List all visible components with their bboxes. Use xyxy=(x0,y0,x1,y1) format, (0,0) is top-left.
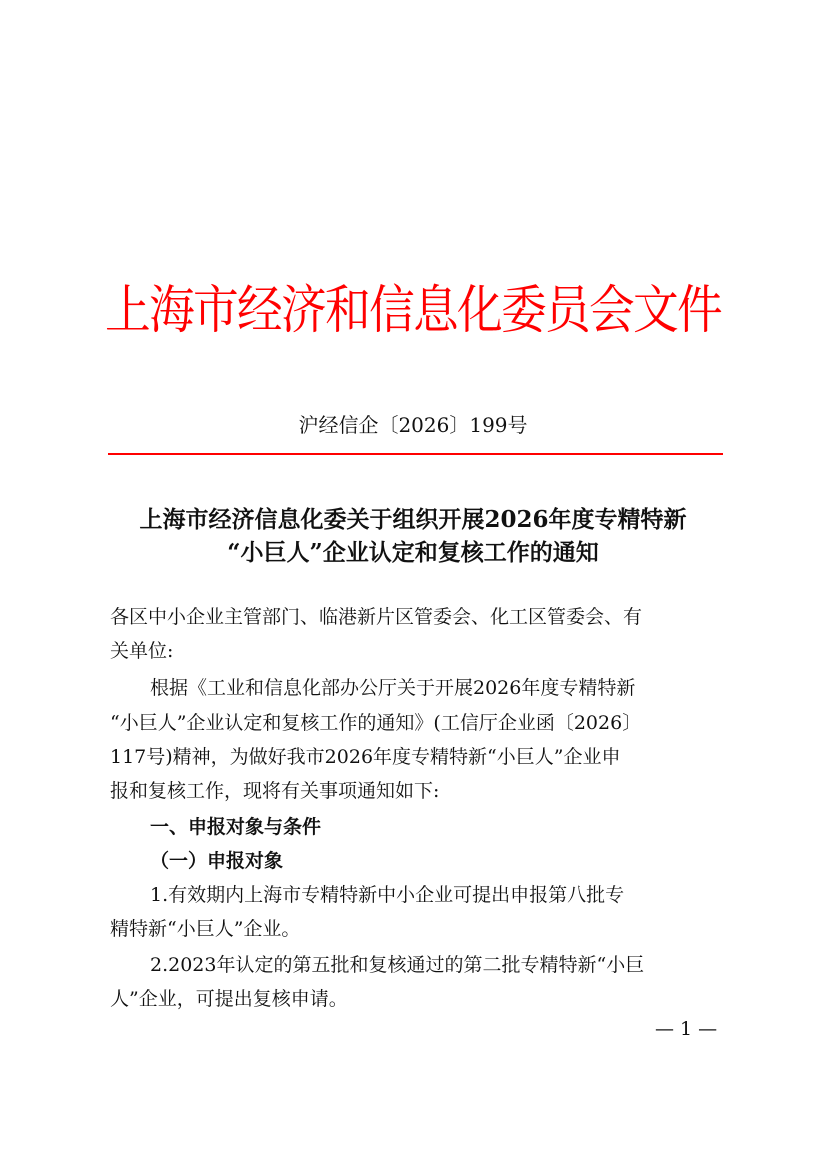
body-paragraph-line: 根据《工业和信息化部办公厅关于开展2026年度专精特新 xyxy=(150,673,635,703)
document-title-line-1: 上海市经济信息化委关于组织开展2026年度专精特新 xyxy=(0,505,826,535)
issuer-heading: 上海市经济和信息化委员会文件 xyxy=(50,276,777,346)
subsection-heading: （一）申报对象 xyxy=(150,846,283,876)
body-paragraph-line: 精特新“小巨人”企业。 xyxy=(110,914,300,944)
page-number: — 1 — xyxy=(655,1014,717,1044)
body-paragraph-line: 117号)精神，为做好我市2026年度专精特新“小巨人”企业申 xyxy=(110,742,620,772)
section-heading: 一、申报对象与条件 xyxy=(150,812,321,842)
body-paragraph-line: 人”企业，可提出复核申请。 xyxy=(110,984,348,1014)
body-paragraph-line: 报和复核工作，现将有关事项通知如下: xyxy=(110,776,439,806)
body-paragraph-line: “小巨人”企业认定和复核工作的通知》(工信厅企业函〔2026〕 xyxy=(110,708,641,738)
document-title-line-2: “小巨人”企业认定和复核工作的通知 xyxy=(0,538,826,568)
body-paragraph-line: 2.2023年认定的第五批和复核通过的第二批专精特新“小巨 xyxy=(150,950,644,980)
addressee-line-1: 各区中小企业主管部门、临港新片区管委会、化工区管委会、有 xyxy=(110,602,642,632)
red-separator-rule xyxy=(108,453,723,455)
document-number: 沪经信企〔2026〕199号 xyxy=(0,410,826,440)
body-paragraph-line: 1.有效期内上海市专精特新中小企业可提出申报第八批专 xyxy=(150,880,624,910)
addressee-line-2: 关单位: xyxy=(110,636,173,666)
